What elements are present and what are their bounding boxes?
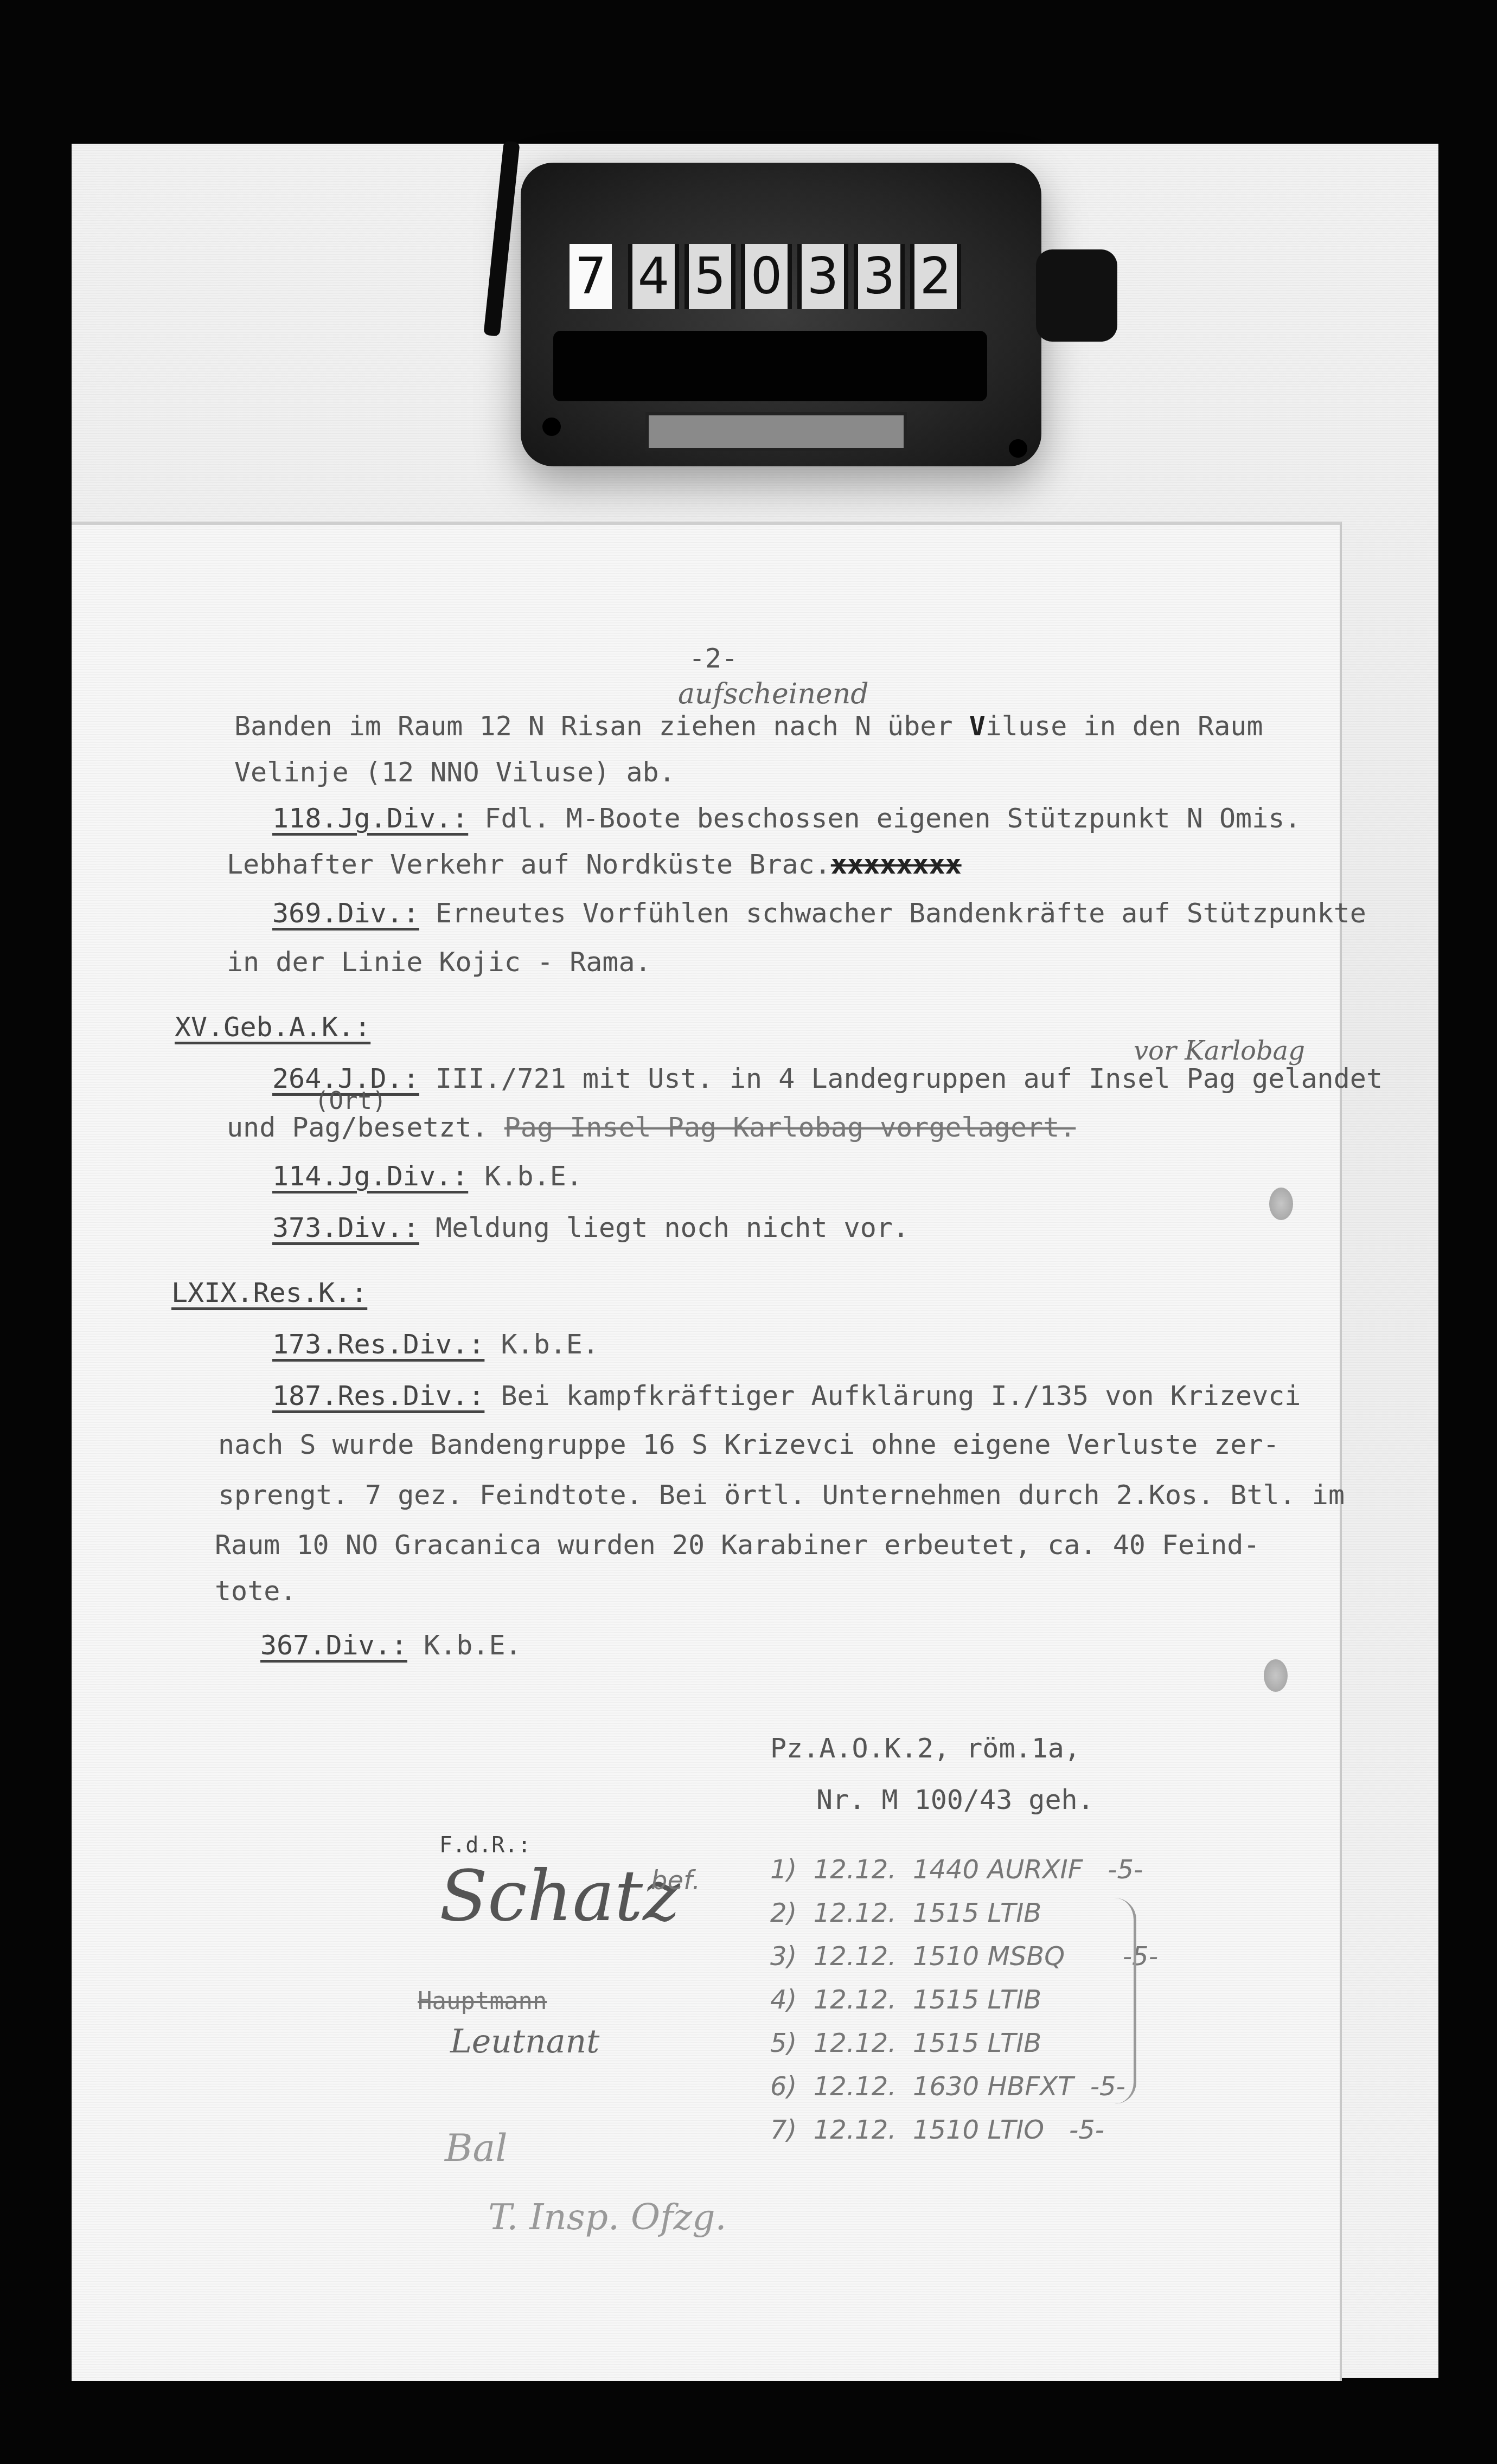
unit-label: 173.Res.Div.:: [272, 1329, 484, 1360]
text-line: Lebhafter Verkehr auf Nordküste Brac.xxx…: [227, 849, 962, 880]
page-number: -2-: [689, 643, 738, 674]
inserted-note: (Ort): [315, 1087, 386, 1115]
entry-text: Erneutes Vorfühlen schwacher Bandenkräft…: [419, 897, 1366, 929]
text-line: und Pag/besetzt. Pag Insel Pag Karlobag …: [227, 1112, 1076, 1143]
sender-reference: Nr. M 100/43 geh.: [816, 1784, 1094, 1815]
text-segment: Lebhafter Verkehr auf Nordküste Brac.: [227, 849, 831, 880]
brace-mark: [1112, 1898, 1136, 2104]
dispatch-entry: 5) 12.12. 1515 LTIB: [770, 2028, 1041, 2058]
text-line: sprengt. 7 gez. Feindtote. Bei örtl. Unt…: [218, 1479, 1345, 1511]
counter-digits: 7 4 5 0 3 3 2: [570, 244, 961, 309]
division-entry: 187.Res.Div.: Bei kampfkräftiger Aufklär…: [272, 1380, 1301, 1411]
dispatch-entry: 6) 12.12. 1630 HBFXT -5-: [770, 2071, 1125, 2102]
text-line: nach S wurde Bandengruppe 16 S Krizevci …: [218, 1429, 1280, 1460]
text-segment: Banden im Raum 12 N Risan ziehen: [234, 710, 757, 742]
text-line: Raum 10 NO Gracanica wurden 20 Karabiner…: [215, 1529, 1260, 1561]
handwritten-annotation: aufscheinend: [678, 678, 868, 710]
text-segment: nach N über: [773, 710, 969, 742]
division-entry: 367.Div.: K.b.E.: [260, 1629, 522, 1661]
entry-text: III./721 mit Ust. in 4 Landegruppen auf …: [419, 1063, 1383, 1094]
screw-icon: [542, 418, 561, 436]
dispatch-entry: 2) 12.12. 1515 LTIB: [770, 1898, 1041, 1928]
division-entry: 173.Res.Div.: K.b.E.: [272, 1329, 599, 1360]
counter-digit: 4: [628, 244, 679, 309]
unit-label: 367.Div.:: [260, 1629, 407, 1661]
text-line: Velinje (12 NNO Viluse) ab.: [234, 756, 675, 788]
counter-digit: 5: [684, 244, 735, 309]
rank-handwritten: Leutnant: [450, 2023, 599, 2061]
unit-label: 118.Jg.Div.:: [272, 803, 468, 834]
rank-struck: Hauptmann: [418, 1987, 547, 2015]
division-entry: 118.Jg.Div.: Fdl. M-Boote beschossen eig…: [272, 803, 1301, 834]
entry-text: Bei kampfkräftiger Aufklärung I./135 von…: [484, 1380, 1301, 1411]
struck-text: xxxxxxxx: [831, 849, 962, 880]
handwritten-annotation: vor Karlobag: [1134, 1036, 1305, 1066]
corps-label: LXIX.Res.K.:: [171, 1277, 367, 1308]
text-line: tote.: [215, 1575, 297, 1607]
text-segment: iluse in den Raum: [986, 710, 1263, 742]
unit-label: 373.Div.:: [272, 1212, 419, 1243]
counter-plate: [645, 412, 907, 451]
counter-knob: [1036, 249, 1117, 342]
counter-slot: [553, 331, 987, 401]
corps-label: XV.Geb.A.K.:: [175, 1011, 370, 1043]
dispatch-entry: 4) 12.12. 1515 LTIB: [770, 1985, 1041, 2015]
division-entry: 373.Div.: Meldung liegt noch nicht vor.: [272, 1212, 909, 1243]
sender-line: Pz.A.O.K.2, röm.1a,: [770, 1733, 1080, 1764]
handwritten-note: Bal: [445, 2126, 508, 2170]
entry-text: Meldung liegt noch nicht vor.: [419, 1212, 909, 1243]
unit-label: 187.Res.Div.:: [272, 1380, 484, 1411]
unit-label: 114.Jg.Div.:: [272, 1160, 468, 1192]
unit-label: 369.Div.:: [272, 897, 419, 929]
counter-digit: 2: [910, 244, 961, 309]
text-line: Banden im Raum 12 N Risan ziehen nach N …: [234, 710, 1263, 742]
struck-text: Pag Insel Pag Karlobag vorgelagert.: [504, 1112, 1076, 1143]
entry-text: Fdl. M-Boote beschossen eigenen Stützpun…: [468, 803, 1301, 834]
division-entry: 114.Jg.Div.: K.b.E.: [272, 1160, 583, 1192]
entry-text: K.b.E.: [484, 1329, 599, 1360]
corrected-char: V: [969, 710, 986, 742]
counter-digit: 0: [741, 244, 792, 309]
counter-digit: 3: [854, 244, 905, 309]
corps-heading: XV.Geb.A.K.:: [175, 1011, 370, 1043]
signature: Schatz: [439, 1855, 680, 1937]
dispatch-entry: 1) 12.12. 1440 AURXIF -5-: [770, 1855, 1143, 1885]
dispatch-entry: 7) 12.12. 1510 LTIO -5-: [770, 2115, 1104, 2145]
dispatch-prefix: bef.: [651, 1865, 700, 1896]
punch-hole: [1264, 1659, 1288, 1692]
text-segment: und Pag/besetzt.: [227, 1112, 504, 1143]
corps-heading: LXIX.Res.K.:: [171, 1277, 367, 1308]
entry-text: K.b.E.: [468, 1160, 583, 1192]
dispatch-entry: 3) 12.12. 1510 MSBQ -5-: [770, 1941, 1158, 1972]
screw-icon: [1009, 439, 1027, 458]
counter-digit: 3: [797, 244, 848, 309]
entry-text: K.b.E.: [407, 1629, 522, 1661]
frame-counter-device: 7 4 5 0 3 3 2: [521, 163, 1041, 466]
punch-hole: [1269, 1188, 1293, 1220]
counter-digit: 7: [570, 244, 612, 309]
text-line: in der Linie Kojic - Rama.: [227, 946, 651, 978]
struck-text: Hauptmann: [418, 1987, 547, 2015]
division-entry: 369.Div.: Erneutes Vorfühlen schwacher B…: [272, 897, 1366, 929]
division-entry: 264.J.D.: III./721 mit Ust. in 4 Landegr…: [272, 1063, 1383, 1094]
handwritten-note: T. Insp. Ofzg.: [488, 2196, 726, 2238]
